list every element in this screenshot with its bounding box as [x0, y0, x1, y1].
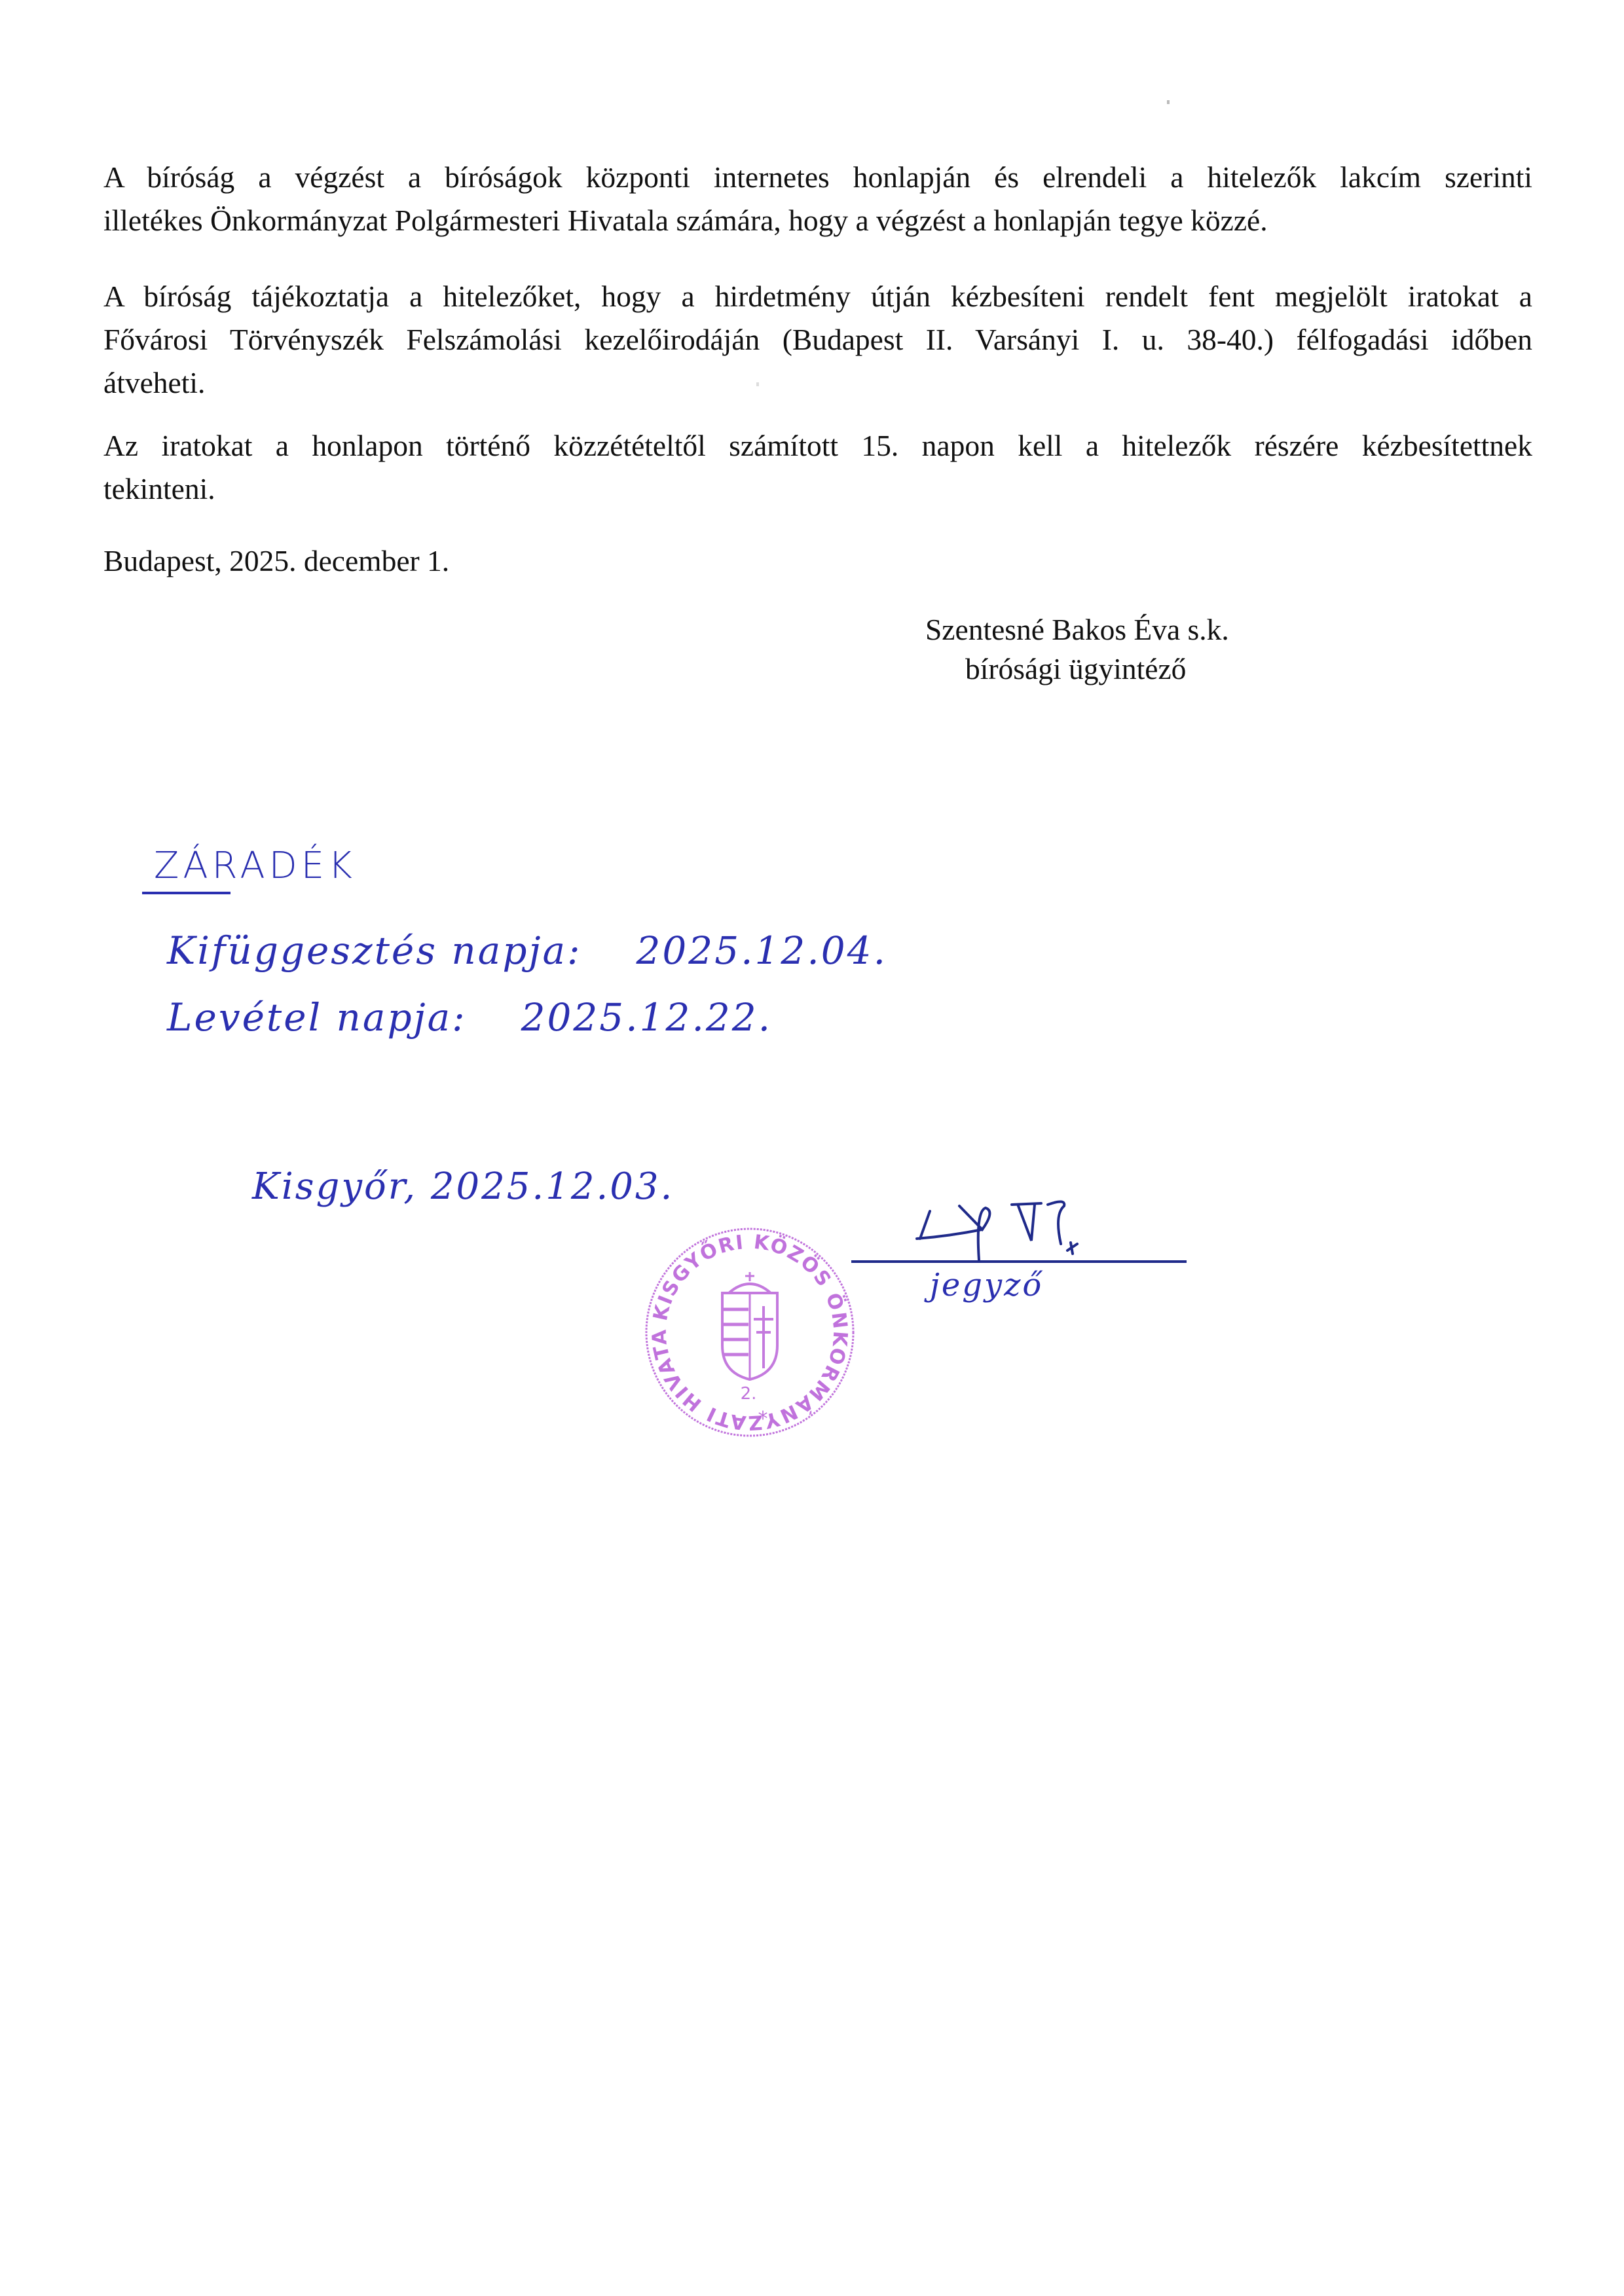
paragraph-creditor-notice: A bíróság tájékoztatja a hitelezőket, ho…	[103, 275, 1532, 405]
official-stamp: KISGYŐRI KÖZÖS ÖNKORMÁNYZATI HIVATAL 2. …	[638, 1221, 861, 1444]
place-and-date: Kisgyőr, 2025.12.03.	[252, 1165, 674, 1208]
paragraph-line: A bíróság a végzést a bíróságok központi…	[103, 156, 1532, 199]
paragraph-delivery-deemed: Az iratokat a honlapon történő közzététe…	[103, 424, 1532, 511]
signature-line	[851, 1260, 1187, 1263]
scan-speck	[1167, 100, 1170, 104]
paragraph-line: Fővárosi Törvényszék Felszámolási kezelő…	[103, 318, 1532, 361]
stamp-star-icon: *	[758, 1408, 768, 1430]
removal-date-label: Levétel napja:	[167, 995, 467, 1040]
endorsement-heading: ZÁRADÉK	[154, 845, 356, 887]
posting-date-line: Kifüggesztés napja: 2025.12.04.	[167, 928, 887, 973]
posting-date: 2025.12.04.	[636, 928, 887, 973]
paragraph-line: tekinteni.	[103, 467, 1532, 511]
paragraph-line: illetékes Önkormányzat Polgármesteri Hiv…	[103, 199, 1532, 242]
removal-date-line: Levétel napja: 2025.12.22.	[167, 995, 772, 1040]
paragraph-publication-order: A bíróság a végzést a bíróságok központi…	[103, 156, 1532, 242]
signer-role: jegyző	[930, 1267, 1043, 1303]
dateline: Budapest, 2025. december 1.	[103, 543, 449, 578]
signatory-name: Szentesné Bakos Éva s.k.	[925, 612, 1229, 647]
signatory-title: bírósági ügyintéző	[965, 651, 1186, 686]
posting-date-label: Kifüggesztés napja:	[167, 928, 582, 973]
document-page: A bíróság a végzést a bíróságok központi…	[0, 0, 1624, 2296]
removal-date: 2025.12.22.	[521, 995, 773, 1040]
paragraph-line: A bíróság tájékoztatja a hitelezőket, ho…	[103, 275, 1532, 318]
scan-speck	[756, 382, 759, 386]
paragraph-line: átveheti.	[103, 361, 1532, 405]
endorsement-heading-underline	[142, 892, 231, 894]
handwritten-signature	[910, 1198, 1172, 1264]
paragraph-line: Az iratokat a honlapon történő közzététe…	[103, 424, 1532, 467]
coat-of-arms-icon	[722, 1272, 777, 1379]
stamp-number: 2.	[741, 1384, 757, 1404]
